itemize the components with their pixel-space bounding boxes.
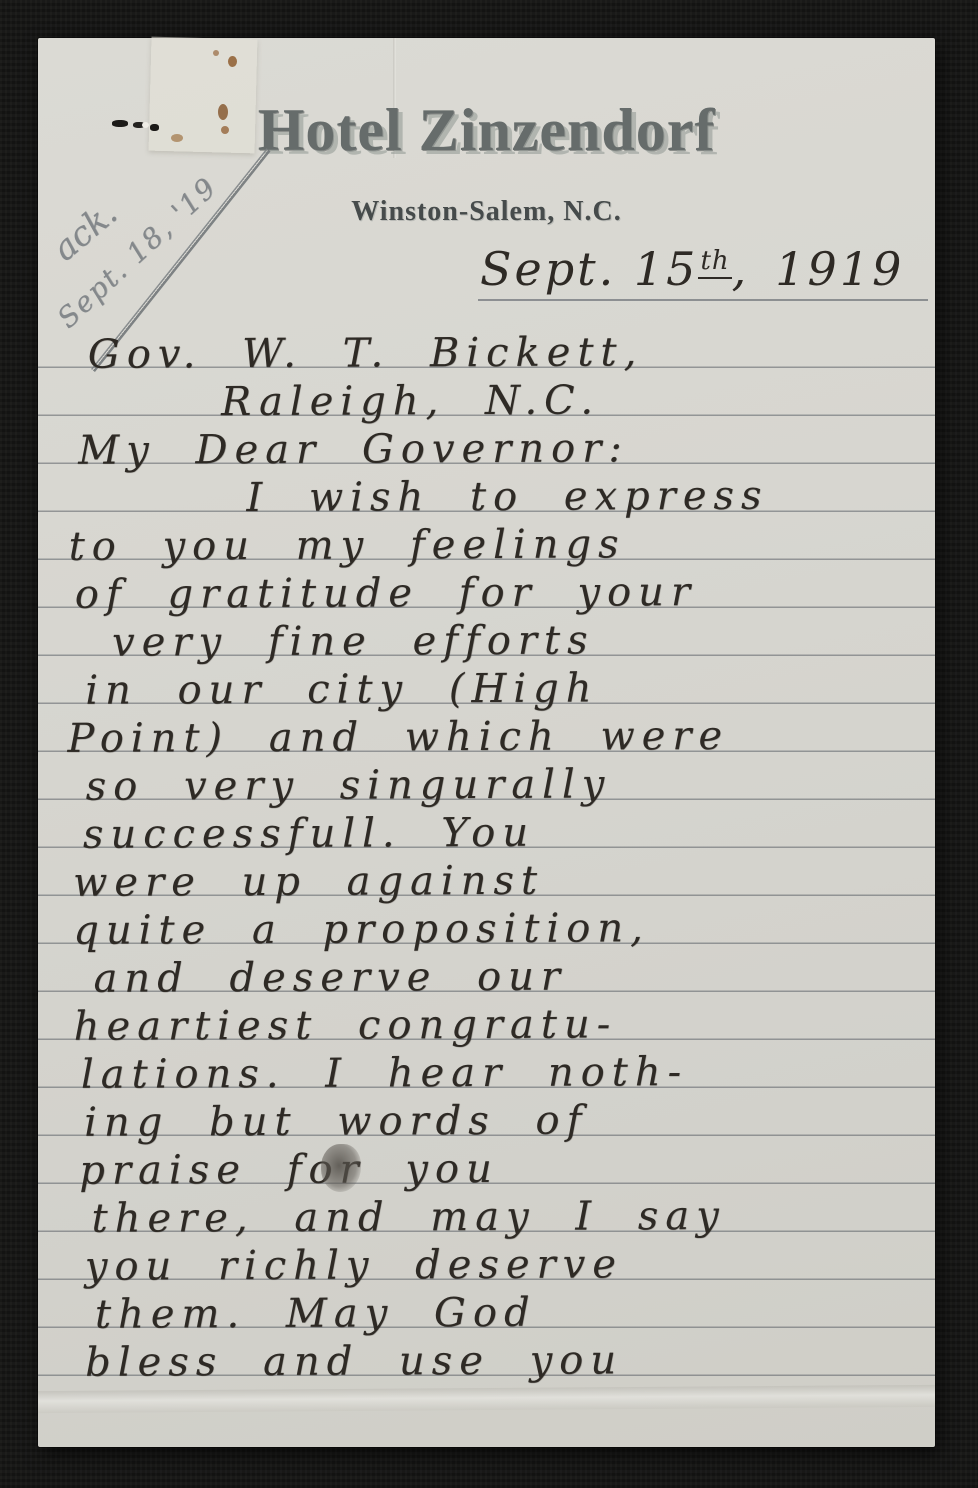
letter-line: I wish to express xyxy=(246,471,933,522)
letter-line-salutation: My Dear Governor: xyxy=(78,423,933,475)
letter-line: quite a proposition, xyxy=(73,903,935,955)
letter-line: in our city (High xyxy=(85,663,934,715)
letter-line: them. May God xyxy=(95,1287,937,1339)
letter-line: very fine efforts xyxy=(112,615,934,667)
letter-line: of gratitude for your xyxy=(75,567,934,619)
letter-line: lations. I hear noth- xyxy=(81,1047,936,1099)
handwritten-date: Sept. 15th,1919 xyxy=(480,242,904,296)
letter-line: there, and may I say xyxy=(91,1191,936,1243)
rust-stain xyxy=(213,50,219,56)
letter-line-city: Raleigh, N.C. xyxy=(221,375,933,426)
letter-line: Point) and which were xyxy=(67,711,934,763)
letter-line-recipient: Gov. W. T. Bickett, xyxy=(88,327,933,379)
date-separator: , xyxy=(732,242,750,296)
letter-line: so very singurally xyxy=(86,759,935,811)
letter-body: Gov. W. T. Bickett, Raleigh, N.C. My Dea… xyxy=(36,327,938,1387)
letter-line: successfull. You xyxy=(83,807,935,859)
letter-line: were up against xyxy=(73,855,935,907)
date-month-day: Sept. 15 xyxy=(480,242,698,296)
letter-line: heartiest congratu- xyxy=(74,999,936,1051)
photo-backdrop: Hotel Zinzendorf Winston-Salem, N.C. ack… xyxy=(0,0,978,1488)
date-ordinal: th xyxy=(698,246,731,279)
letter-line: you richly deserve xyxy=(85,1239,937,1291)
paper-crease xyxy=(38,1385,935,1413)
letter-line: to you my feelings xyxy=(69,519,934,571)
date-year: 1919 xyxy=(775,242,904,296)
letter-line: bless and use you xyxy=(85,1335,937,1387)
letter-page: Hotel Zinzendorf Winston-Salem, N.C. ack… xyxy=(38,38,935,1447)
letter-line: ing but words of xyxy=(84,1095,936,1147)
rust-stain xyxy=(228,56,237,67)
letter-line: praise for you xyxy=(79,1143,936,1195)
letterhead-hotel-name: Hotel Zinzendorf xyxy=(38,100,935,160)
date-rule-line xyxy=(478,299,928,301)
letter-line: and deserve our xyxy=(93,951,935,1003)
